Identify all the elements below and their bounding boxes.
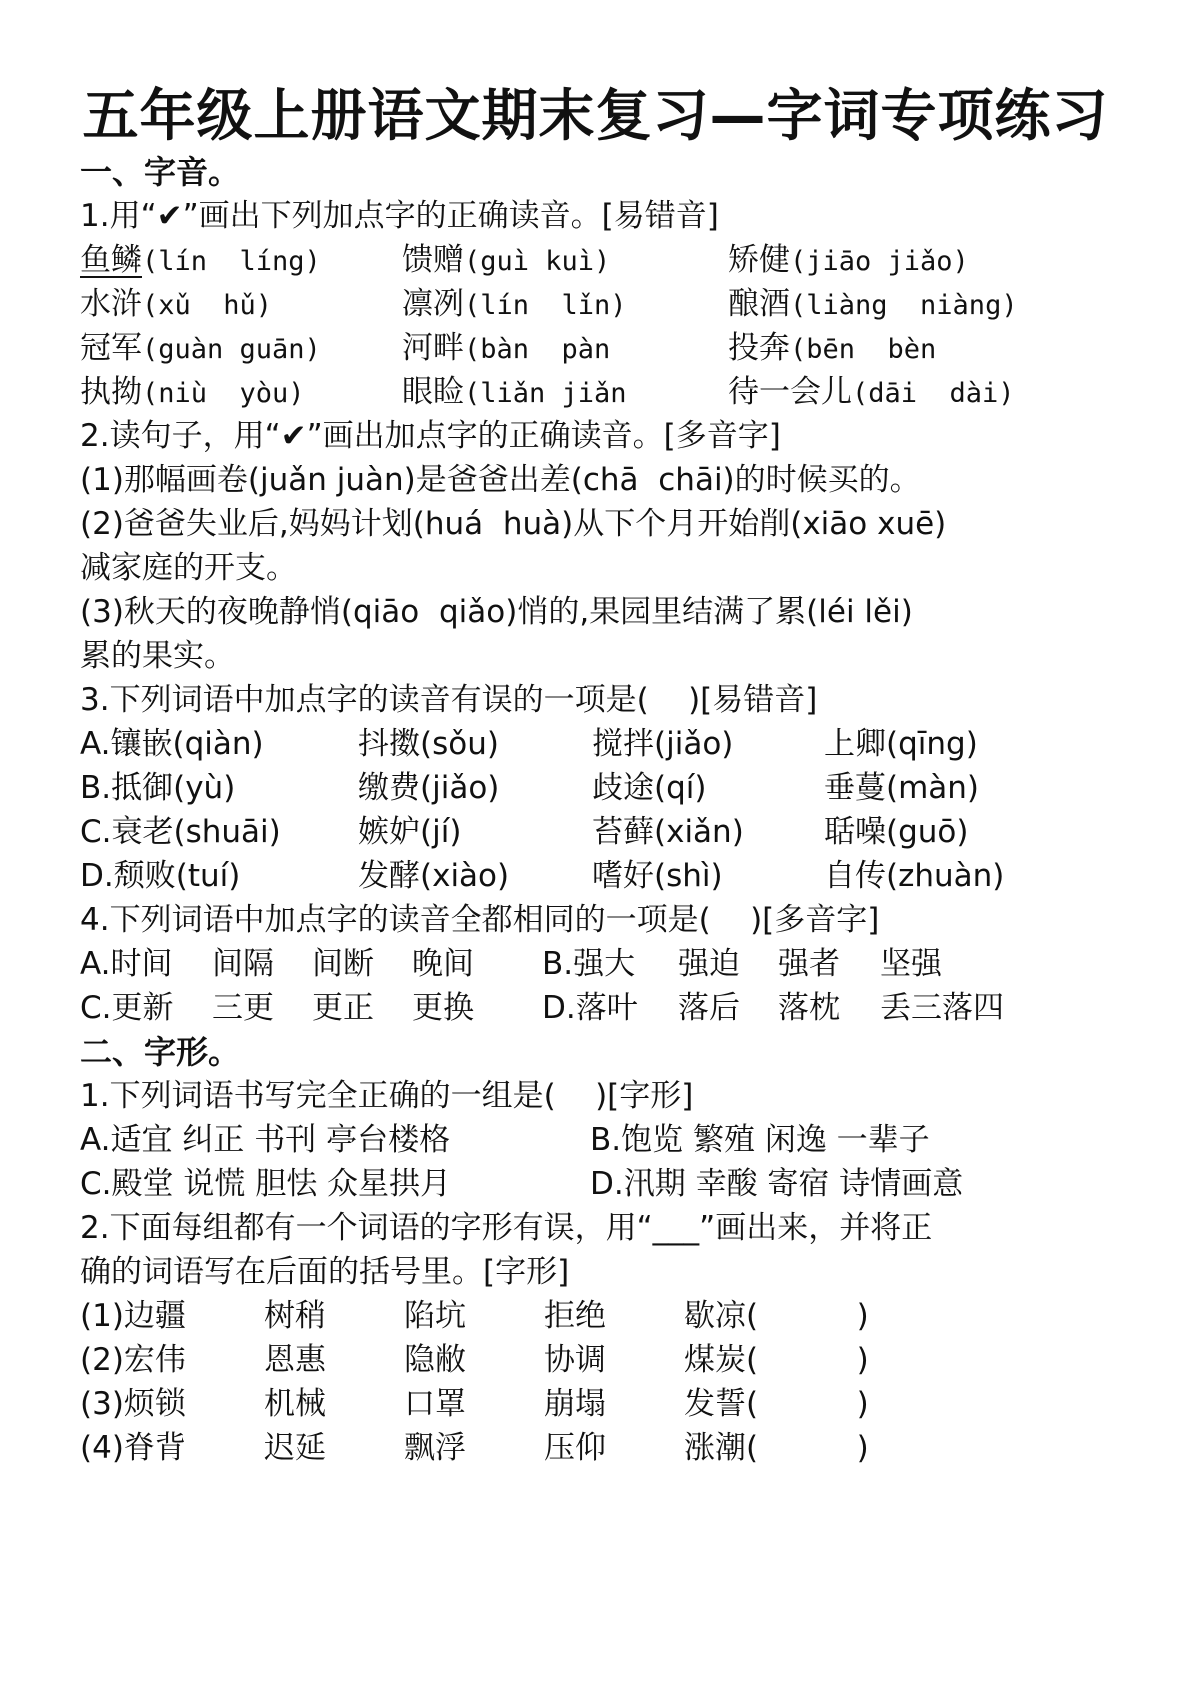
- q1-item: 馈赠(guì kuì): [402, 238, 610, 284]
- q1-pinyin: (niù yòu): [142, 378, 305, 409]
- q1-pinyin: (lín líng): [142, 246, 321, 277]
- q3-cell: 抖擞(sǒu): [358, 722, 499, 766]
- s2q1-option-a: A.适宜 纠正 书刊 亭台楼格: [80, 1118, 450, 1162]
- s2q1-option-d: D.汛期 幸酸 寄宿 诗情画意: [590, 1162, 963, 1206]
- question-2-prompt: 2.读句子，用“✔”画出加点字的正确读音。[多音字]: [80, 414, 781, 458]
- q4-options-ab: A.时间 间隔 间断 晚间 B.强大 强迫 强者 坚强: [80, 942, 119, 986]
- s2q2-word: (4)脊背: [80, 1426, 186, 1470]
- q2-sentence-2b: 减家庭的开支。: [80, 546, 297, 590]
- s2q2-row-3: (3)烦锁 机械 口罩 崩塌 发誓( ): [80, 1382, 119, 1426]
- s2q2-answer-blank[interactable]: 涨潮( ): [684, 1426, 869, 1470]
- s2q2-word: 飘浮: [404, 1426, 466, 1470]
- q1-item: 酿酒(liàng niàng): [728, 282, 1018, 328]
- q1-word: 矫健: [728, 242, 790, 278]
- q1-row-4: 执拗(niù yòu) 眼睑(liǎn jiǎn 待一会儿(dāi dài): [80, 370, 119, 414]
- q3-option-a: A.镶嵌(qiàn) 抖擞(sǒu) 搅拌(jiǎo) 上卿(qīng): [80, 722, 119, 766]
- q3-cell: 嫉妒(jí): [358, 810, 461, 854]
- q1-item: 冠军(guàn guān): [80, 326, 321, 372]
- q4-cell: A.时间: [80, 942, 173, 986]
- q1-word: 酿酒: [728, 286, 790, 322]
- question-3-prompt: 3.下列词语中加点字的读音有误的一项是( )[易错音]: [80, 678, 817, 722]
- q4-cell: 晚间: [412, 942, 474, 986]
- q1-pinyin: (bēn bèn: [790, 334, 936, 365]
- q1-row-1: 鱼鳞(lín líng) 馈赠(guì kuì) 矫健(jiāo jiǎo): [80, 238, 119, 282]
- s2q2-word: 拒绝: [544, 1294, 606, 1338]
- s2q1-options-cd: C.殿堂 说慌 胆怯 众星拱月 D.汛期 幸酸 寄宿 诗情画意: [80, 1162, 119, 1206]
- q4-cell: 更正: [312, 986, 374, 1030]
- q2-sentence-3a: (3)秋天的夜晚静悄(qiāo qiǎo)悄的,果园里结满了累(léi lěi): [80, 590, 913, 634]
- s2q2-word: 崩塌: [544, 1382, 606, 1426]
- s2-question-2-prompt-line2: 确的词语写在后面的括号里。[字形]: [80, 1250, 569, 1294]
- q1-word: 执拗: [80, 374, 142, 410]
- s2q2-answer-blank[interactable]: 歇凉( ): [684, 1294, 869, 1338]
- s2q2-word: 机械: [264, 1382, 326, 1426]
- q1-word: 眼睑: [402, 374, 464, 410]
- question-1-prompt: 1.用“✔”画出下列加点字的正确读音。[易错音]: [80, 194, 719, 238]
- q1-item: 执拗(niù yòu): [80, 370, 305, 416]
- q1-word: 馈赠: [402, 242, 464, 278]
- q4-cell: 间隔: [212, 942, 274, 986]
- s2q2-word: 恩惠: [264, 1338, 326, 1382]
- q1-word: 冠军: [80, 330, 142, 366]
- q3-cell: 上卿(qīng): [824, 722, 978, 766]
- q3-option-b: B.抵御(yù) 缴费(jiǎo) 歧途(qí) 垂蔓(màn): [80, 766, 119, 810]
- q3-cell: C.衰老(shuāi): [80, 810, 281, 854]
- section-heading-glyph-form: 二、字形。: [80, 1030, 240, 1074]
- q3-option-c: C.衰老(shuāi) 嫉妒(jí) 苔藓(xiǎn) 聒噪(guō): [80, 810, 119, 854]
- q1-word: 河畔: [402, 330, 464, 366]
- q3-cell: A.镶嵌(qiàn): [80, 722, 264, 766]
- q4-cell: 强者: [778, 942, 840, 986]
- q4-cell: 落后: [678, 986, 740, 1030]
- s2q1-options-ab: A.适宜 纠正 书刊 亭台楼格 B.饱览 繁殖 闲逸 一辈子: [80, 1118, 119, 1162]
- q3-cell: 聒噪(guō): [824, 810, 968, 854]
- page-title: 五年级上册语文期末复习—字词专项练习: [0, 82, 1191, 152]
- q1-row-3: 冠军(guàn guān) 河畔(bàn pàn 投奔(bēn bèn: [80, 326, 119, 370]
- q3-cell: D.颓败(tuí): [80, 854, 240, 898]
- q3-cell: B.抵御(yù): [80, 766, 235, 810]
- s2q2-word: 协调: [544, 1338, 606, 1382]
- q3-cell: 缴费(jiǎo): [358, 766, 499, 810]
- q4-cell: B.强大: [542, 942, 635, 986]
- q4-cell: 强迫: [678, 942, 740, 986]
- q1-item: 河畔(bàn pàn: [402, 326, 610, 372]
- q1-pinyin: (guì kuì): [464, 246, 610, 277]
- q3-cell: 苔藓(xiǎn): [592, 810, 744, 854]
- s2q2-word: (2)宏伟: [80, 1338, 186, 1382]
- s2q2-answer-blank[interactable]: 发誓( ): [684, 1382, 869, 1426]
- s2q2-word: 口罩: [404, 1382, 466, 1426]
- q3-cell: 搅拌(jiǎo): [592, 722, 733, 766]
- q1-item: 鱼鳞(lín líng): [80, 238, 321, 284]
- s2q1-option-c: C.殿堂 说慌 胆怯 众星拱月: [80, 1162, 451, 1206]
- s2q2-row-4: (4)脊背 迟延 飘浮 压仰 涨潮( ): [80, 1426, 119, 1470]
- s2q1-option-b: B.饱览 繁殖 闲逸 一辈子: [590, 1118, 930, 1162]
- q1-item: 待一会儿(dāi dài): [728, 370, 1015, 416]
- s2q2-word: (1)边疆: [80, 1294, 186, 1338]
- s2q2-row-2: (2)宏伟 恩惠 隐敝 协调 煤炭( ): [80, 1338, 119, 1382]
- q4-cell: 更换: [412, 986, 474, 1030]
- q1-row-2: 水浒(xǔ hǔ) 凛冽(lín lǐn) 酿酒(liàng niàng): [80, 282, 119, 326]
- q4-cell: D.落叶: [542, 986, 638, 1030]
- q2-sentence-3b: 累的果实。: [80, 634, 235, 678]
- s2q2-word: 树稍: [264, 1294, 326, 1338]
- q3-cell: 嗜好(shì): [592, 854, 723, 898]
- s2q2-row-1: (1)边疆 树稍 陷坑 拒绝 歇凉( ): [80, 1294, 119, 1338]
- s2-question-1-prompt: 1.下列词语书写完全正确的一组是( )[字形]: [80, 1074, 693, 1118]
- s2q2-answer-blank[interactable]: 煤炭( ): [684, 1338, 869, 1382]
- q2-sentence-1: (1)那幅画卷(juǎn juàn)是爸爸出差(chā chāi)的时候买的。: [80, 458, 921, 502]
- q1-pinyin: (xǔ hǔ): [142, 290, 272, 321]
- q4-cell: 落枕: [778, 986, 840, 1030]
- q3-cell: 垂蔓(màn): [824, 766, 979, 810]
- q1-word: 凛冽: [402, 286, 464, 322]
- q4-cell: C.更新: [80, 986, 174, 1030]
- q1-pinyin: (liàng niàng): [790, 290, 1018, 321]
- s2q2-word: 陷坑: [404, 1294, 466, 1338]
- q1-pinyin: (lín lǐn): [464, 290, 627, 321]
- q4-cell: 坚强: [880, 942, 942, 986]
- q1-item: 凛冽(lín lǐn): [402, 282, 627, 328]
- s2q2-word: (3)烦锁: [80, 1382, 186, 1426]
- q4-cell: 三更: [212, 986, 274, 1030]
- q1-item: 水浒(xǔ hǔ): [80, 282, 272, 328]
- q4-cell: 间断: [312, 942, 374, 986]
- q1-item: 眼睑(liǎn jiǎn: [402, 370, 627, 416]
- q2-sentence-2a: (2)爸爸失业后,妈妈计划(huá huà)从下个月开始削(xiāo xuē): [80, 502, 946, 546]
- q1-word: 水浒: [80, 286, 142, 322]
- q4-cell: 丢三落四: [880, 986, 1004, 1030]
- q1-word: 鱼鳞: [80, 242, 142, 278]
- q1-word: 投奔: [728, 330, 790, 366]
- section-heading-pronunciation: 一、字音。: [80, 150, 240, 194]
- q3-cell: 歧途(qí): [592, 766, 706, 810]
- q1-item: 矫健(jiāo jiǎo): [728, 238, 969, 284]
- worksheet-page: 五年级上册语文期末复习—字词专项练习 一、字音。 1.用“✔”画出下列加点字的正…: [0, 0, 1191, 1684]
- q3-option-d: D.颓败(tuí) 发酵(xiào) 嗜好(shì) 自传(zhuàn): [80, 854, 119, 898]
- q1-pinyin: (liǎn jiǎn: [464, 378, 627, 409]
- q1-pinyin: (dāi dài): [852, 378, 1015, 409]
- s2q2-word: 压仰: [544, 1426, 606, 1470]
- q3-cell: 发酵(xiào): [358, 854, 509, 898]
- s2q2-word: 隐敝: [404, 1338, 466, 1382]
- q3-cell: 自传(zhuàn): [824, 854, 1004, 898]
- q1-word: 待一会儿: [728, 374, 852, 410]
- q4-options-cd: C.更新 三更 更正 更换 D.落叶 落后 落枕 丢三落四: [80, 986, 119, 1030]
- s2q2-word: 迟延: [264, 1426, 326, 1470]
- q1-pinyin: (jiāo jiǎo): [790, 246, 969, 277]
- q1-item: 投奔(bēn bèn: [728, 326, 936, 372]
- question-4-prompt: 4.下列词语中加点字的读音全都相同的一项是( )[多音字]: [80, 898, 879, 942]
- q1-pinyin: (bàn pàn: [464, 334, 610, 365]
- q1-pinyin: (guàn guān): [142, 334, 321, 365]
- s2-question-2-prompt-line1: 2.下面每组都有一个词语的字形有误，用“___”画出来，并将正: [80, 1206, 932, 1250]
